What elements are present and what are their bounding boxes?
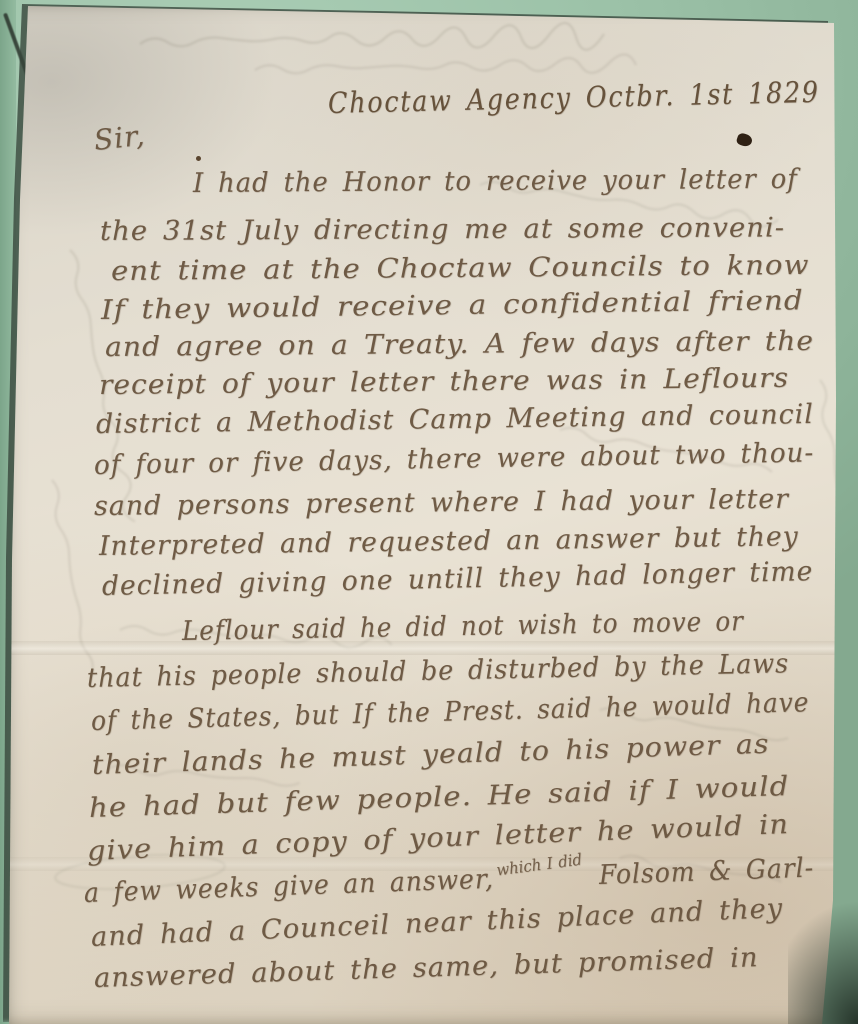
letter-line: ent time at the Choctaw Councils to know [111, 250, 810, 287]
bottom-right-shadow [788, 854, 858, 1024]
ink-speck [196, 156, 201, 161]
letter-line: and agree on a Treaty. A few days after … [105, 326, 814, 363]
photo-background: Choctaw Agency Octbr. 1st 1829 Sir, I ha… [0, 0, 858, 1024]
letter-salutation: Sir, [92, 119, 147, 157]
letter-paper: Choctaw Agency Octbr. 1st 1829 Sir, I ha… [0, 0, 858, 1024]
letter-line: I had the Honor to receive your letter o… [193, 164, 798, 199]
letter-line: the 31st July directing me at some conve… [100, 212, 785, 247]
